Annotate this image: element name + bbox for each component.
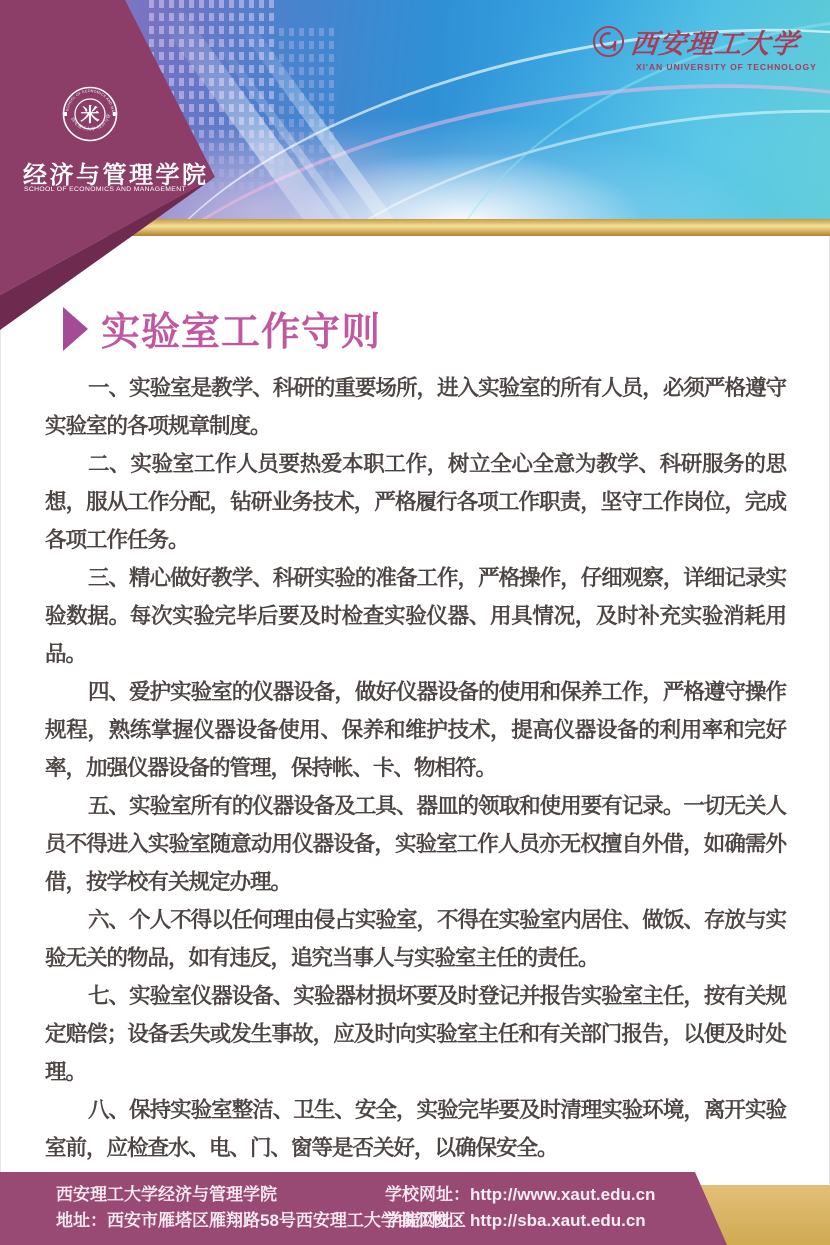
rule-5: 五、实验室所有的仪器设备及工具、器皿的领取和使用要有记录。一切无关人员不得进入实… [45,787,786,901]
university-logo: 西安理工大学 XI'AN UNIVERSITY OF TECHNOLOGY [592,22,817,72]
seal-center-glyph: 米 [80,103,99,126]
rule-3: 三、精心做好教学、科研实验的准备工作，严格操作，仔细观察，详细记录实验数据。每次… [45,559,786,673]
university-seal-icon [592,25,625,58]
title-arrow-icon [63,307,88,351]
university-name-cn: 西安理工大学 [629,22,801,61]
school-name-en: SCHOOL OF ECONOMICS AND MANAGEMENT [24,186,224,193]
rule-2: 二、实验室工作人员要热爱本职工作，树立全心全意为教学、科研服务的思想，服从工作分… [45,445,786,559]
footer-right-column: 学校网址：http://www.xaut.edu.cn 学院网址：http://… [385,1182,655,1234]
school-name-cn: 经济与管理学院 [23,155,223,190]
title-block: 实验室工作守则 [63,301,381,357]
rule-6: 六、个人不得以任何理由侵占实验室，不得在实验室内居住、做饭、存放与实验无关的物品… [45,901,786,977]
rule-4: 四、爱护实验室的仪器设备，做好仪器设备的使用和保养工作，严格遵守操作规程，熟练掌… [45,673,786,787]
school-seal-icon: SCHOOL OF ECONOMICS AND MANAGEMENT 西安理工大… [62,86,118,142]
university-name-en: XI'AN UNIVERSITY OF TECHNOLOGY [636,62,817,72]
rule-1: 一、实验室是教学、科研的重要场所，进入实验室的所有人员，必须严格遵守实验室的各项… [45,369,786,445]
rule-8: 八、保持实验室整洁、卫生、安全，实验完毕要及时清理实验环境，离开实验室前，应检查… [45,1091,786,1167]
rule-7: 七、实验室仪器设备、实验器材损坏要及时登记并报告实验室主任，按有关规定赔偿；设备… [45,977,786,1091]
rules-body: 一、实验室是教学、科研的重要场所，进入实验室的所有人员，必须严格遵守实验室的各项… [45,369,786,1205]
footer-school-website: 学校网址：http://www.xaut.edu.cn [385,1182,655,1208]
poster-page: 西安理工大学 XI'AN UNIVERSITY OF TECHNOLOGY SC… [0,0,830,1245]
page-title: 实验室工作守则 [101,301,381,357]
footer-college-website: 学院网址：http://sba.xaut.edu.cn [385,1208,655,1234]
